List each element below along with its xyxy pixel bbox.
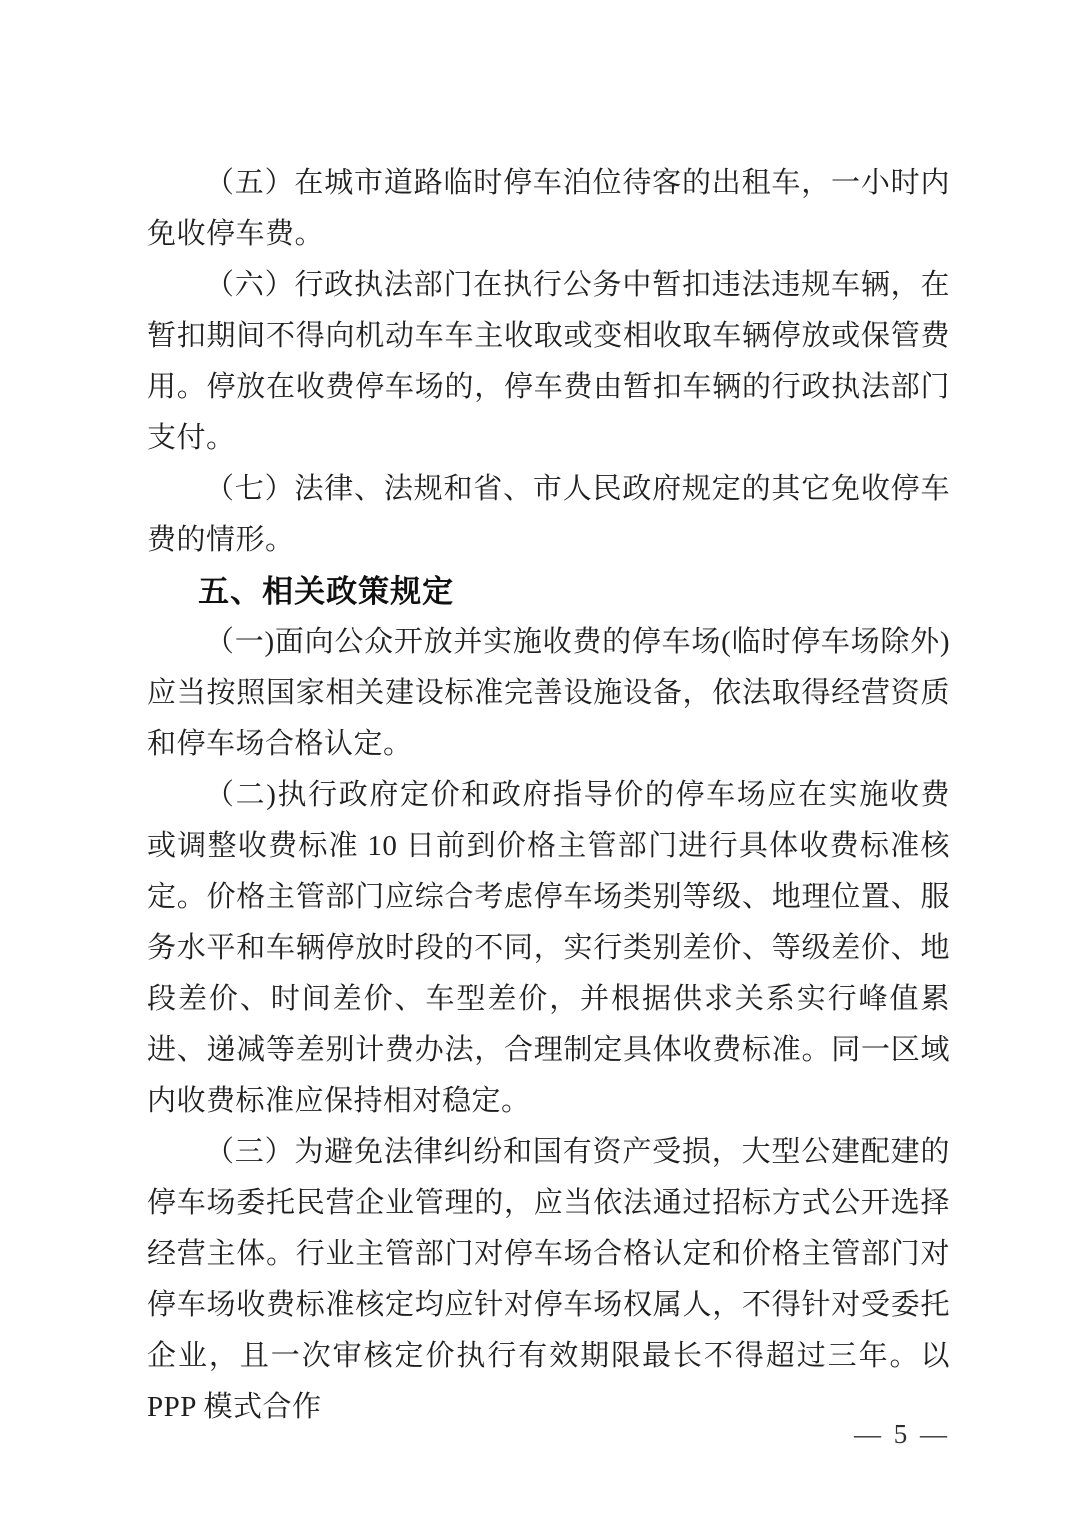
paragraph-item-5: （五）在城市道路临时停车泊位待客的出租车，一小时内免收停车费。 — [147, 158, 950, 260]
document-content: （五）在城市道路临时停车泊位待客的出租车，一小时内免收停车费。 （六）行政执法部… — [147, 158, 950, 1433]
policy-paragraph-1: （一)面向公众开放并实施收费的停车场(临时停车场除外)应当按照国家相关建设标准完… — [147, 617, 950, 770]
paragraph-item-7: （七）法律、法规和省、市人民政府规定的其它免收停车费的情形。 — [147, 464, 950, 566]
paragraph-item-6: （六）行政执法部门在执行公务中暂扣违法违规车辆，在暂扣期间不得向机动车车主收取或… — [147, 260, 950, 464]
page-number: — 5 — — [147, 1414, 950, 1454]
policy-paragraph-3: （三）为避免法律纠纷和国有资产受损，大型公建配建的停车场委托民营企业管理的，应当… — [147, 1127, 950, 1433]
policy-paragraph-2: （二)执行政府定价和政府指导价的停车场应在实施收费或调整收费标准 10 日前到价… — [147, 770, 950, 1127]
document-page: （五）在城市道路临时停车泊位待客的出租车，一小时内免收停车费。 （六）行政执法部… — [0, 0, 1080, 1527]
section-heading: 五、相关政策规定 — [147, 566, 950, 617]
